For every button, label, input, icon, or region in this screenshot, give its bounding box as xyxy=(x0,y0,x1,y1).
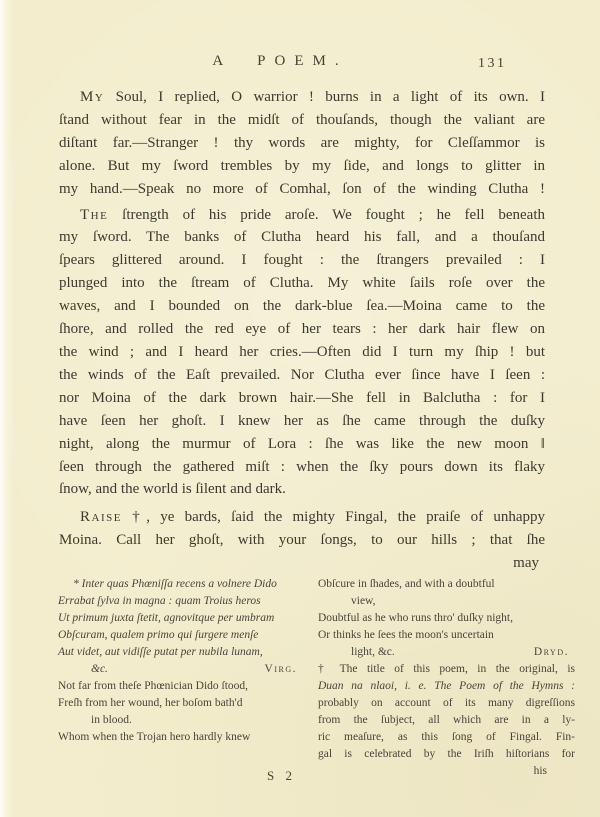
text-line: may xyxy=(59,552,545,575)
text-line: ſpears glittered around. I fought : the … xyxy=(59,249,545,272)
text-line: † The title of this poem, in the origina… xyxy=(318,661,575,678)
line-segment: Dryd. xyxy=(534,644,569,661)
text-line: probably on account of its many digreſſi… xyxy=(318,695,575,712)
paragraph-lead-word: The xyxy=(80,207,108,223)
text-line: * Inter quas Phœniſſa recens a volnere D… xyxy=(58,576,303,593)
text-line: Duan na nlaoi, i. e. The Poem of the Hym… xyxy=(318,678,575,695)
running-head: A POEM. 131 xyxy=(0,53,600,75)
text-line: Obſcuram, qualem primo qui ſurgere menſe xyxy=(58,627,303,644)
footnotes: * Inter quas Phœniſſa recens a volnere D… xyxy=(58,576,575,780)
text-line: Doubtful as he who runs thro' duſky nigh… xyxy=(318,610,575,627)
page-number: 131 xyxy=(478,56,507,72)
text-line: the winds of the Eaſt prevailed. Nor Clu… xyxy=(59,364,545,387)
text-line: Ut primum juxta ſtetit, agnovitque per u… xyxy=(58,610,303,627)
text-line: waves, and I bounded on the dark-blue ſe… xyxy=(59,295,545,318)
text-line: Errabat ſylva in magna : quam Troius her… xyxy=(58,593,303,610)
text-line: from the ſubject, all which are in a ly- xyxy=(318,712,575,729)
text-line: Or thinks he ſees the moon's uncertain xyxy=(318,627,575,644)
text-line: plunged into the ſtream of Clutha. My wh… xyxy=(59,272,545,295)
text-line: Obſcure in ſhades, and with a doubtful xyxy=(318,576,575,593)
poem-header-title: A POEM. xyxy=(0,53,560,70)
text-line: nor Moina of the dark brown hair.—She fe… xyxy=(59,387,545,410)
text-line: Aut videt, aut vidiſſe putat per nubila … xyxy=(58,644,303,661)
text-line: my hand.—Speak no more of Comhal, ſon of… xyxy=(59,178,545,201)
text-line: ſnow, and the world is ſilent and dark. xyxy=(59,478,545,501)
text-line: The ſtrength of his pride aroſe. We foug… xyxy=(59,204,545,227)
paragraph-2: The ſtrength of his pride aroſe. We foug… xyxy=(59,204,545,502)
paragraph-3: Raise †, ye bards, ſaid the mighty Finga… xyxy=(59,506,545,575)
line-segment: ſtrength of his pride aroſe. We fought ;… xyxy=(108,207,545,223)
line-segment: &c. xyxy=(58,661,108,678)
text-line: ſhore, and rolled the red eye of her tea… xyxy=(59,318,545,341)
poem-body: My Soul, I replied, O warrior ! burns in… xyxy=(59,86,545,575)
text-line: ſeen through the gathered miſt : when th… xyxy=(59,456,545,479)
text-line: ſtand without fear in the midſt of thouſ… xyxy=(59,109,545,132)
text-line: Moina. Call her ghoſt, with your ſongs, … xyxy=(59,529,545,552)
footnote-column-left: * Inter quas Phœniſſa recens a volnere D… xyxy=(58,576,303,780)
text-line: alone. But my ſword trembles by my ſide,… xyxy=(59,155,545,178)
line-segment: †, ye bards, ſaid the mighty Fingal, the… xyxy=(122,509,545,525)
text-line: have ſeen her ghoſt. I knew her as ſhe c… xyxy=(59,410,545,433)
page-edge xyxy=(0,0,14,817)
paragraph-lead-word: Raise xyxy=(80,509,122,525)
text-line: diſtant far.—Stranger ! thy words are mi… xyxy=(59,132,545,155)
text-line: My Soul, I replied, O warrior ! burns in… xyxy=(59,86,545,109)
line-segment: light, &c. xyxy=(318,644,395,661)
text-line: night, along the murmur of Lora : ſhe wa… xyxy=(59,433,545,456)
paragraph-1: My Soul, I replied, O warrior ! burns in… xyxy=(59,86,545,201)
text-line: gal is celebrated by the Iriſh hiſtorian… xyxy=(318,746,575,763)
text-line: his xyxy=(318,763,575,780)
text-line: Freſh from her wound, her boſom bath'd xyxy=(58,695,303,712)
text-line: light, &c.Dryd. xyxy=(318,644,575,661)
text-line: view, xyxy=(318,593,575,610)
line-segment: Soul, I replied, O warrior ! burns in a … xyxy=(104,89,545,105)
text-line: Raise †, ye bards, ſaid the mighty Finga… xyxy=(59,506,545,529)
text-line: &c.Virg. xyxy=(58,661,303,678)
signature-mark: S 2 xyxy=(267,768,296,784)
paragraph-lead-word: My xyxy=(80,89,104,105)
text-line: Not far from theſe Phœnician Dido ſtood, xyxy=(58,678,303,695)
line-segment: Virg. xyxy=(265,661,297,678)
text-line: my ſword. The banks of Clutha heard his … xyxy=(59,226,545,249)
text-line: ric meaſure, as this ſong of Fingal. Fin… xyxy=(318,729,575,746)
text-line: the wind ; and I heard her cries.—Often … xyxy=(59,341,545,364)
text-line: Whom when the Trojan hero hardly knew xyxy=(58,729,303,746)
text-line: in blood. xyxy=(58,712,303,729)
book-page: A POEM. 131 My Soul, I replied, O warrio… xyxy=(0,0,600,817)
footnote-column-right: Obſcure in ſhades, and with a doubtfulvi… xyxy=(318,576,575,780)
